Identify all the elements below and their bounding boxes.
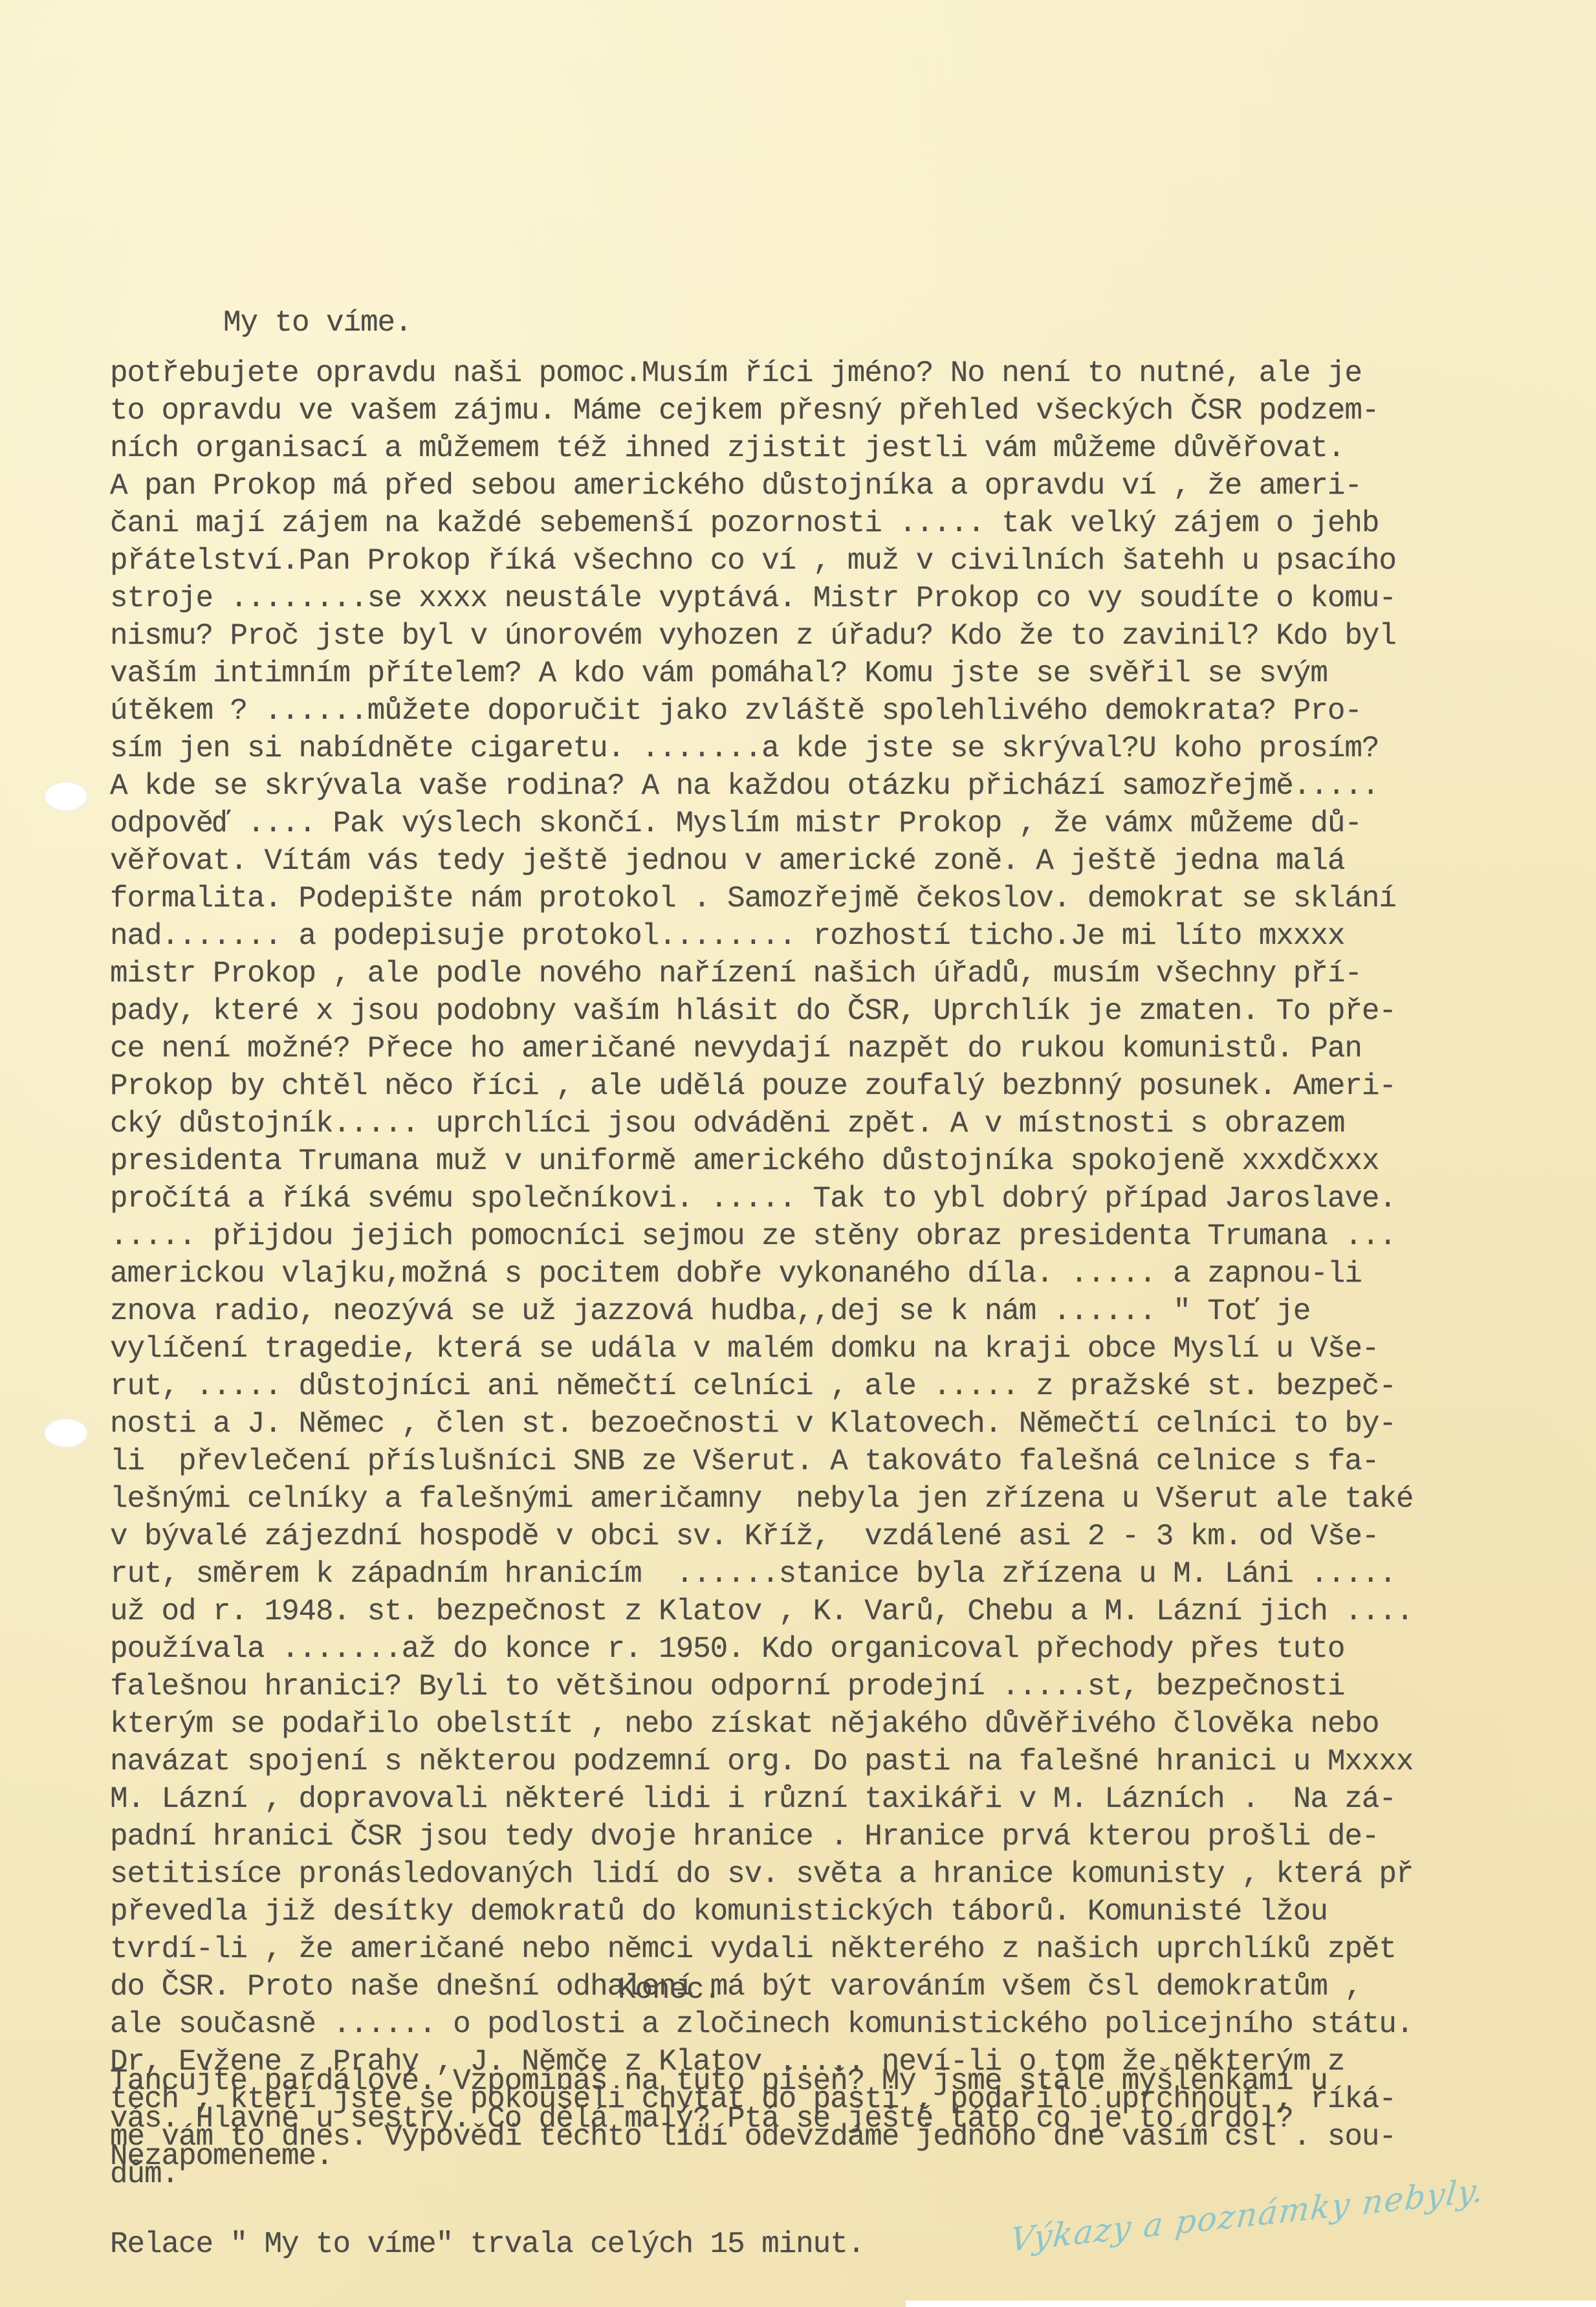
text-line: navázat spojení s některou podzemní org.… [110, 1743, 1413, 1780]
text-line: li převlečení příslušníci SNB ze Všerut.… [110, 1443, 1413, 1480]
text-line: setitisíce pronásledovaných lidí do sv. … [110, 1855, 1413, 1893]
text-line: do ČSR. Proto naše dnešní odhalení má bý… [110, 1968, 1413, 2006]
message-line: Nezapomeneme. [110, 2138, 1328, 2175]
text-line: tvrdí-li , že američané nebo němci vydal… [110, 1930, 1413, 1968]
text-line: věřovat. Vítám vás tedy ještě jednou v a… [110, 842, 1413, 880]
text-line: A pan Prokop má před sebou amerického dů… [110, 467, 1413, 505]
text-line: Prokop by chtěl něco říci , ale udělá po… [110, 1067, 1413, 1105]
text-line: mistr Prokop , ale podle nového nařízení… [110, 955, 1413, 992]
text-line: M. Lázní , dopravovali některé lidi i rů… [110, 1780, 1413, 1818]
text-line: odpověď .... Pak výslech skončí. Myslím … [110, 805, 1413, 842]
text-line: formalita. Podepište nám protokol . Samo… [110, 880, 1413, 917]
text-line: už od r. 1948. st. bezpečnost z Klatov ,… [110, 1593, 1413, 1630]
text-line: pročítá a říká svému společníkovi. .....… [110, 1180, 1413, 1218]
text-line: vaším intimním přítelem? A kdo vám pomáh… [110, 655, 1413, 692]
text-line: americkou vlajku,možná s pocitem dobře v… [110, 1255, 1413, 1293]
document-title: My to víme. [223, 304, 412, 342]
text-line: potřebujete opravdu naši pomoc.Musím říc… [110, 355, 1413, 392]
text-line: padní hranici ČSR jsou tedy dvoje hranic… [110, 1818, 1413, 1855]
text-line: nad....... a podepisuje protokol........… [110, 917, 1413, 955]
text-line: lešnými celníky a falešnými američamny n… [110, 1480, 1413, 1518]
text-line: ..... přijdou jejich pomocníci sejmou ze… [110, 1218, 1413, 1255]
punch-hole [44, 782, 88, 811]
text-line: přátelství.Pan Prokop říká všechno co ví… [110, 542, 1413, 580]
closing-text: Konec. [618, 1971, 721, 2009]
text-line: to opravdu ve vašem zájmu. Máme cejkem p… [110, 392, 1413, 430]
text-line: pady, které x jsou podobny vaším hlásit … [110, 992, 1413, 1030]
broadcast-duration-note: Relace " My to víme" trvala celých 15 mi… [110, 2225, 864, 2263]
text-line: vylíčení tragedie, která se udála v malé… [110, 1330, 1413, 1368]
message-line: vás. Hlavně u sestry. Co dělá malý? Ptá … [110, 2100, 1328, 2138]
text-line: kterým se podařilo obelstít , nebo získa… [110, 1705, 1413, 1743]
text-line: převedla již desítky demokratů do komuni… [110, 1893, 1413, 1930]
text-line: falešnou hranici? Byli to většinou odpor… [110, 1668, 1413, 1705]
text-line: útěkem ? ......můžete doporučit jako zvl… [110, 692, 1413, 730]
text-line: znova radio, neozývá se už jazzová hudba… [110, 1293, 1413, 1330]
document-body: potřebujete opravdu naši pomoc.Musím říc… [110, 355, 1413, 2193]
text-line: nismu? Proč jste byl v únorovém vyhozen … [110, 617, 1413, 655]
text-line: rut, směrem k západním hranicím ......st… [110, 1555, 1413, 1593]
text-line: ních organisací a můžemem též ihned zjis… [110, 430, 1413, 467]
text-line: presidenta Trumana muž v uniformě americ… [110, 1143, 1413, 1180]
text-line: nosti a J. Němec , člen st. bezoečnosti … [110, 1405, 1413, 1443]
text-line: cký důstojník..... uprchlíci jsou odvádě… [110, 1105, 1413, 1143]
message-line: Tancujte pardálové. Vzpomínáš na tuto pí… [110, 2062, 1328, 2100]
text-line: ce není možné? Přece ho američané nevyda… [110, 1030, 1413, 1067]
text-line: stroje ........se xxxx neustále vyptává.… [110, 580, 1413, 617]
text-line: ale současně ...... o podlosti a zločine… [110, 2006, 1413, 2043]
text-line: A kde se skrývala vaše rodina? A na každ… [110, 767, 1413, 805]
page-edge [906, 2301, 1596, 2307]
punch-hole [44, 1418, 88, 1448]
text-line: sím jen si nabídněte cigaretu. .......a … [110, 730, 1413, 767]
text-line: používala .......až do konce r. 1950. Kd… [110, 1630, 1413, 1668]
text-line: rut, ..... důstojníci ani němečtí celníc… [110, 1368, 1413, 1405]
personal-message: Tancujte pardálové. Vzpomínáš na tuto pí… [110, 2062, 1328, 2175]
text-line: v bývalé zájezdní hospodě v obci sv. Kří… [110, 1518, 1413, 1555]
text-line: čani mají zájem na každé sebemenší pozor… [110, 505, 1413, 542]
